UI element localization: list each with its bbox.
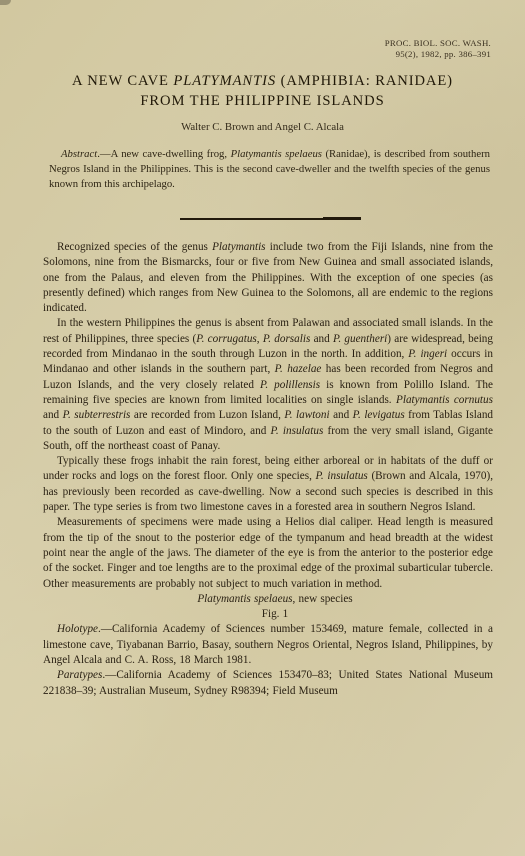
- paper-title: A NEW CAVE PLATYMANTIS (AMPHIBIA: RANIDA…: [20, 71, 505, 111]
- article-body: Recognized species of the genus Platyman…: [43, 240, 493, 699]
- body-paragraph-distribution: In the western Philippines the genus is …: [43, 316, 493, 454]
- body-paragraph-measurements: Measurements of specimens were made usin…: [43, 515, 493, 591]
- authors: Walter C. Brown and Angel C. Alcala: [0, 121, 525, 133]
- journal-masthead: PROC. BIOL. SOC. WASH. 95(2), 1982, pp. …: [385, 38, 491, 60]
- abstract-text: Abstract.—A new cave-dwelling frog, Plat…: [49, 147, 490, 192]
- body-paragraph-genus-overview: Recognized species of the genus Platyman…: [43, 240, 493, 316]
- paper-title-line1: A NEW CAVE PLATYMANTIS (AMPHIBIA: RANIDA…: [20, 71, 505, 91]
- section-divider-rule: [180, 218, 361, 220]
- abstract: Abstract.—A new cave-dwelling frog, Plat…: [49, 147, 490, 192]
- scan-artifact-mark: [0, 0, 11, 5]
- species-heading: Platymantis spelaeus, new species: [43, 592, 493, 607]
- paper-title-line2: FROM THE PHILIPPINE ISLANDS: [20, 91, 505, 111]
- body-paragraph-paratypes: Paratypes.—California Academy of Science…: [43, 668, 493, 699]
- journal-name: PROC. BIOL. SOC. WASH.: [385, 38, 491, 49]
- body-paragraph-holotype: Holotype.—California Academy of Sciences…: [43, 622, 493, 668]
- figure-reference: Fig. 1: [43, 607, 493, 622]
- journal-citation: 95(2), 1982, pp. 386–391: [385, 49, 491, 60]
- body-paragraph-habitat: Typically these frogs inhabit the rain f…: [43, 454, 493, 515]
- scanned-paper-page: PROC. BIOL. SOC. WASH. 95(2), 1982, pp. …: [0, 0, 525, 856]
